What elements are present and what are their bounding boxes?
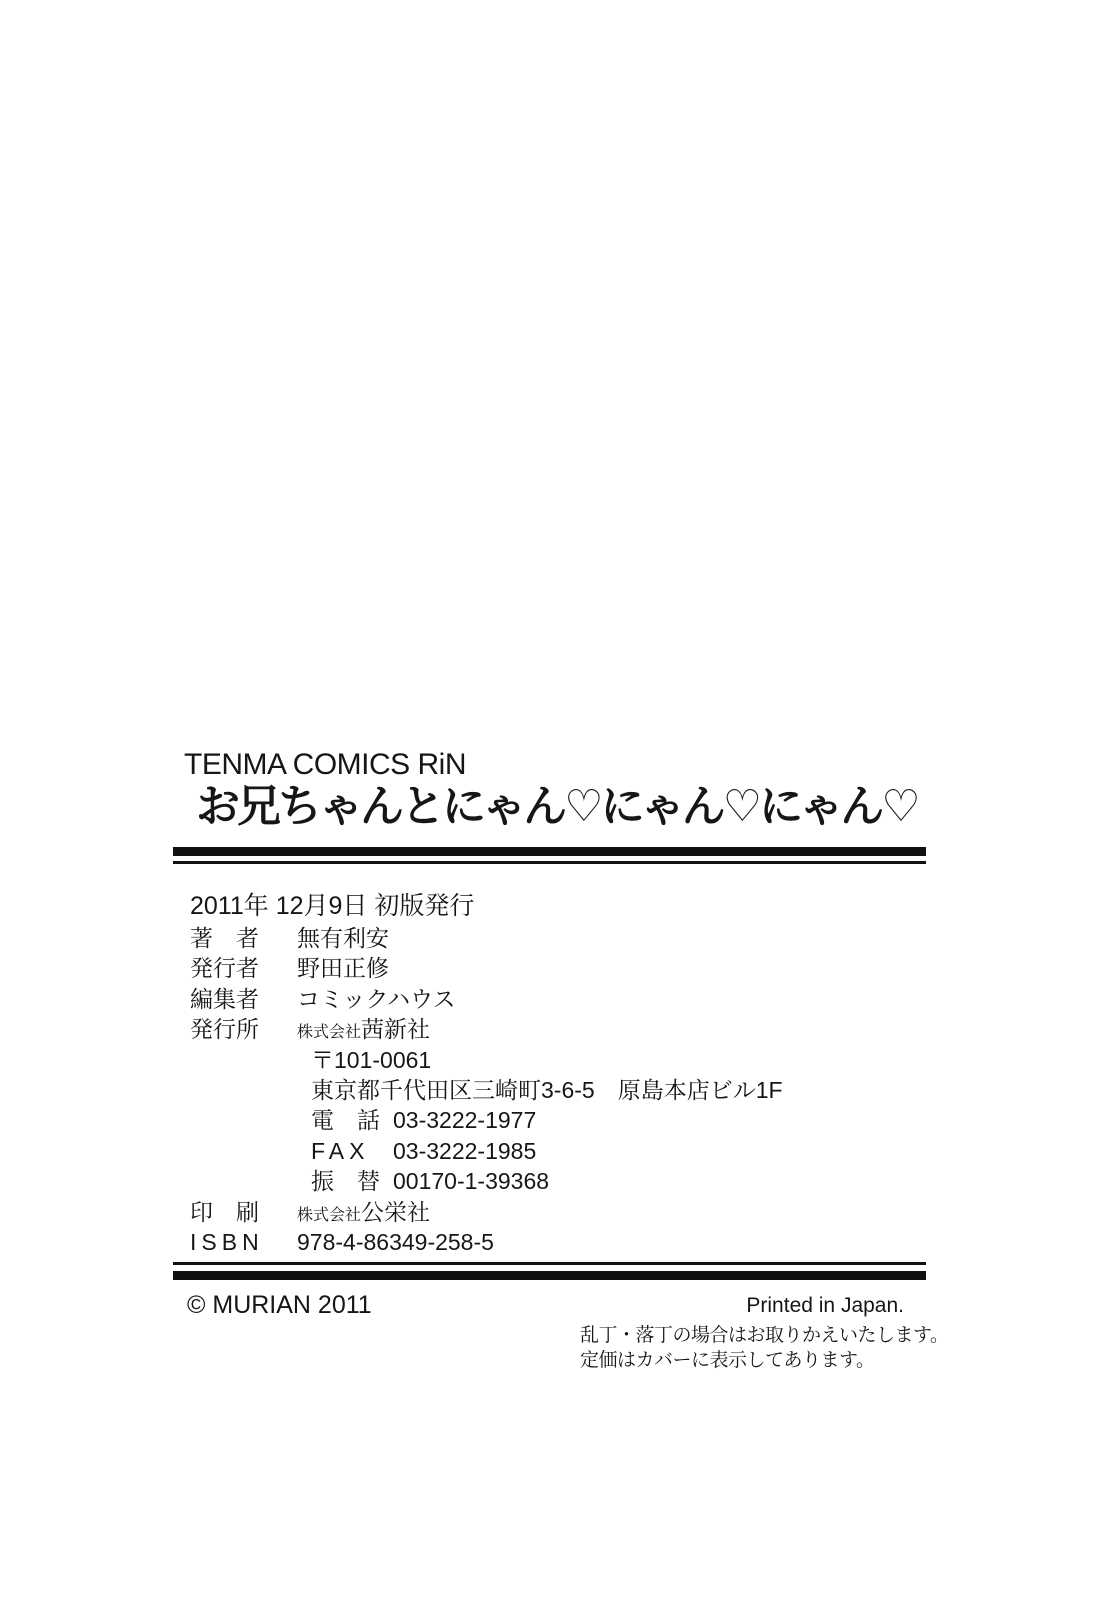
row-address: 東京都千代田区三崎町3-6-5 原島本店ビル1F [190,1075,930,1105]
top-rule-thick [173,847,926,856]
publishing-house-value: 株式会社茜新社 [297,1014,430,1048]
author-value: 無有利安 [297,923,389,953]
publisher-label: 発行者 [190,953,259,983]
row-postal-code: 〒101-0061 [190,1045,930,1075]
bottom-rule-thick [173,1271,926,1280]
isbn-label: ISBN [190,1227,264,1257]
row-postal-transfer: 振 替 00170-1-39368 [190,1166,930,1196]
author-label: 著 者 [190,923,259,953]
company-type-prefix: 株式会社 [297,1024,361,1041]
row-author: 著 者 無有利安 [190,923,930,953]
row-fax: FAX 03-3222-1985 [190,1136,930,1166]
address: 東京都千代田区三崎町3-6-5 原島本店ビル1F [311,1075,783,1105]
edition-date-line: 2011年 12月9日 初版発行 [190,886,474,922]
phone-number: 03-3222-1977 [393,1105,536,1135]
company-type-prefix: 株式会社 [297,1207,361,1224]
isbn-number: 978-4-86349-258-5 [297,1227,494,1257]
book-title: お兄ちゃんとにゃん♡にゃん♡にゃん♡ [196,782,918,833]
printer-name: 公栄社 [361,1199,430,1225]
row-phone: 電 話 03-3222-1977 [190,1105,930,1135]
series-title: TENMA COMICS RiN [184,748,466,782]
printer-value: 株式会社公栄社 [297,1197,430,1231]
postal-code: 〒101-0061 [311,1045,431,1075]
row-isbn: ISBN 978-4-86349-258-5 [190,1227,930,1257]
colophon-page: TENMA COMICS RiN お兄ちゃんとにゃん♡にゃん♡にゃん♡ 2011… [0,0,1100,1600]
editor-label: 編集者 [190,984,259,1014]
printed-in-japan: Printed in Japan. [746,1294,904,1318]
row-publisher: 発行者 野田正修 [190,953,930,983]
publishing-house-label: 発行所 [190,1014,259,1044]
fax-label: FAX [311,1136,369,1166]
notice-line-2: 定価はカバーに表示してあります。 [580,1349,948,1374]
printer-label: 印 刷 [190,1197,259,1227]
row-publishing-house: 発行所 株式会社茜新社 [190,1014,930,1044]
colophon-rows: 著 者 無有利安 発行者 野田正修 編集者 コミックハウス 発行所 株式会社茜新… [190,923,930,1257]
top-rule-thin [173,861,926,864]
phone-label: 電 話 [311,1105,380,1135]
transfer-label: 振 替 [311,1166,380,1196]
publishing-house-name: 茜新社 [361,1016,430,1042]
return-policy-notice: 乱丁・落丁の場合はお取りかえいたします。 定価はカバーに表示してあります。 [580,1324,948,1373]
publisher-value: 野田正修 [297,953,389,983]
fax-number: 03-3222-1985 [393,1136,536,1166]
editor-value: コミックハウス [297,984,455,1014]
row-printer: 印 刷 株式会社公栄社 [190,1197,930,1227]
row-editor: 編集者 コミックハウス [190,984,930,1014]
transfer-number: 00170-1-39368 [393,1166,549,1196]
copyright-notice: © MURIAN 2011 [187,1291,372,1320]
notice-line-1: 乱丁・落丁の場合はお取りかえいたします。 [580,1324,948,1349]
bottom-rule-thin [173,1262,926,1265]
